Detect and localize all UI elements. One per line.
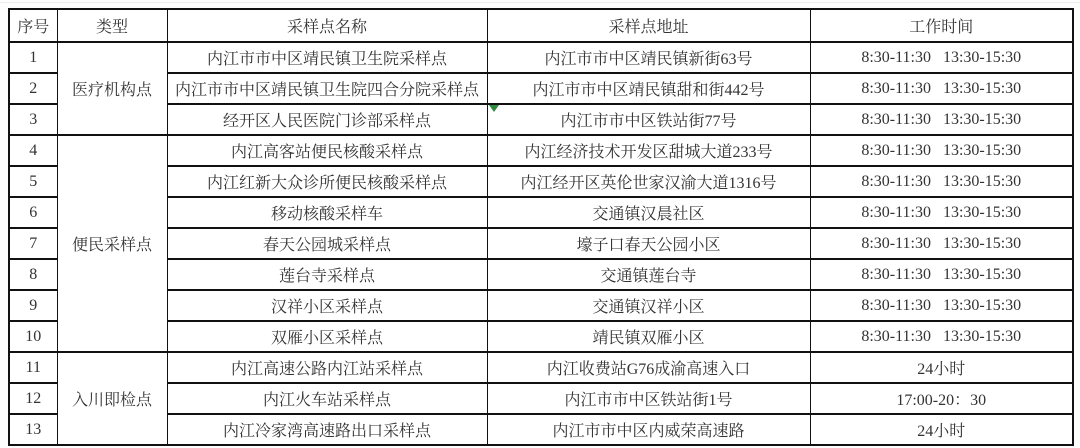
row-number-cell: 5 bbox=[9, 166, 57, 197]
time-cell: 24小时 bbox=[810, 352, 1073, 383]
address-cell: 内江收费站G76成渝高速入口 bbox=[487, 352, 810, 383]
top-divider bbox=[0, 2, 1080, 3]
name-cell: 经开区人民医院门诊部采样点 bbox=[167, 104, 487, 135]
name-cell: 内江高速公路内江站采样点 bbox=[167, 352, 487, 383]
row-number-cell: 13 bbox=[9, 414, 57, 445]
type-cell-medical: 医疗机构点 bbox=[57, 42, 167, 135]
table-row: 8 莲台寺采样点 交通镇莲台寺 8:30-11:30 13:30-15:30 bbox=[9, 259, 1073, 290]
header-address: 采样点地址 bbox=[487, 9, 810, 42]
time-cell: 8:30-11:30 13:30-15:30 bbox=[810, 42, 1073, 73]
row-number-cell: 11 bbox=[9, 352, 57, 383]
time-cell: 8:30-11:30 13:30-15:30 bbox=[810, 197, 1073, 228]
row-number-cell: 9 bbox=[9, 290, 57, 321]
name-cell: 莲台寺采样点 bbox=[167, 259, 487, 290]
table-row: 12 内江火车站采样点 内江市市中区铁站街1号 17:00-20：30 bbox=[9, 383, 1073, 414]
table-row: 1 医疗机构点 内江市市中区靖民镇卫生院采样点 内江市市中区靖民镇新街63号 8… bbox=[9, 42, 1073, 73]
address-cell: 交通镇汉晨社区 bbox=[487, 197, 810, 228]
time-cell: 8:30-11:30 13:30-15:30 bbox=[810, 73, 1073, 104]
row-number-cell: 2 bbox=[9, 73, 57, 104]
time-cell: 8:30-11:30 13:30-15:30 bbox=[810, 290, 1073, 321]
table-row: 7 春天公园城采样点 壕子口春天公园小区 8:30-11:30 13:30-15… bbox=[9, 228, 1073, 259]
time-cell: 8:30-11:30 13:30-15:30 bbox=[810, 135, 1073, 166]
name-cell: 内江市市中区靖民镇卫生院采样点 bbox=[167, 42, 487, 73]
name-cell: 双雁小区采样点 bbox=[167, 321, 487, 352]
name-cell: 内江红新大众诊所便民核酸采样点 bbox=[167, 166, 487, 197]
time-cell: 8:30-11:30 13:30-15:30 bbox=[810, 104, 1073, 135]
table-row: 13 内江冷家湾高速路出口采样点 内江市市中区内威荣高速路 24小时 bbox=[9, 414, 1073, 445]
table-row: 6 移动核酸采样车 交通镇汉晨社区 8:30-11:30 13:30-15:30 bbox=[9, 197, 1073, 228]
table-row: 4 便民采样点 内江高客站便民核酸采样点 内江经济技术开发区甜城大道233号 8… bbox=[9, 135, 1073, 166]
green-corner-marker-icon bbox=[489, 105, 499, 112]
row-number-cell: 10 bbox=[9, 321, 57, 352]
address-cell: 壕子口春天公园小区 bbox=[487, 228, 810, 259]
header-no: 序号 bbox=[9, 9, 57, 42]
address-cell: 内江经开区英伦世家汉渝大道1316号 bbox=[487, 166, 810, 197]
name-cell: 春天公园城采样点 bbox=[167, 228, 487, 259]
header-name: 采样点名称 bbox=[167, 9, 487, 42]
header-hours: 工作时间 bbox=[810, 9, 1073, 42]
address-cell: 交通镇汉祥小区 bbox=[487, 290, 810, 321]
table-row: 9 汉祥小区采样点 交通镇汉祥小区 8:30-11:30 13:30-15:30 bbox=[9, 290, 1073, 321]
table-row: 3 经开区人民医院门诊部采样点 内江市市中区铁站街77号 8:30-11:30 … bbox=[9, 104, 1073, 135]
time-cell: 8:30-11:30 13:30-15:30 bbox=[810, 228, 1073, 259]
name-cell: 汉祥小区采样点 bbox=[167, 290, 487, 321]
time-cell: 8:30-11:30 13:30-15:30 bbox=[810, 166, 1073, 197]
row-number-cell: 12 bbox=[9, 383, 57, 414]
address-cell: 内江市市中区靖民镇甜和街442号 bbox=[487, 73, 810, 104]
row-number-cell: 3 bbox=[9, 104, 57, 135]
row-number-cell: 8 bbox=[9, 259, 57, 290]
name-cell: 移动核酸采样车 bbox=[167, 197, 487, 228]
type-cell-entry-check: 入川即检点 bbox=[57, 352, 167, 445]
time-cell: 8:30-11:30 13:30-15:30 bbox=[810, 321, 1073, 352]
table-row: 5 内江红新大众诊所便民核酸采样点 内江经开区英伦世家汉渝大道1316号 8:3… bbox=[9, 166, 1073, 197]
name-cell: 内江高客站便民核酸采样点 bbox=[167, 135, 487, 166]
row-number-cell: 1 bbox=[9, 42, 57, 73]
name-cell: 内江火车站采样点 bbox=[167, 383, 487, 414]
address-cell: 内江市市中区内威荣高速路 bbox=[487, 414, 810, 445]
sampling-points-table: 序号 类型 采样点名称 采样点地址 工作时间 1 医疗机构点 内江市市中区靖民镇… bbox=[8, 8, 1074, 446]
name-cell: 内江市市中区靖民镇卫生院四合分院采样点 bbox=[167, 73, 487, 104]
address-text: 内江市市中区铁站街77号 bbox=[560, 113, 736, 130]
address-cell: 内江市市中区铁站街77号 bbox=[487, 104, 810, 135]
address-cell: 靖民镇双雁小区 bbox=[487, 321, 810, 352]
time-cell: 17:00-20：30 bbox=[810, 383, 1073, 414]
time-cell: 24小时 bbox=[810, 414, 1073, 445]
row-number-cell: 4 bbox=[9, 135, 57, 166]
name-cell: 内江冷家湾高速路出口采样点 bbox=[167, 414, 487, 445]
table-row: 10 双雁小区采样点 靖民镇双雁小区 8:30-11:30 13:30-15:3… bbox=[9, 321, 1073, 352]
time-cell: 8:30-11:30 13:30-15:30 bbox=[810, 259, 1073, 290]
table-row: 11 入川即检点 内江高速公路内江站采样点 内江收费站G76成渝高速入口 24小… bbox=[9, 352, 1073, 383]
address-cell: 内江经济技术开发区甜城大道233号 bbox=[487, 135, 810, 166]
row-number-cell: 6 bbox=[9, 197, 57, 228]
header-row: 序号 类型 采样点名称 采样点地址 工作时间 bbox=[9, 9, 1073, 42]
header-type: 类型 bbox=[57, 9, 167, 42]
type-cell-convenience: 便民采样点 bbox=[57, 135, 167, 352]
table-row: 2 内江市市中区靖民镇卫生院四合分院采样点 内江市市中区靖民镇甜和街442号 8… bbox=[9, 73, 1073, 104]
row-number-cell: 7 bbox=[9, 228, 57, 259]
address-cell: 内江市市中区靖民镇新街63号 bbox=[487, 42, 810, 73]
address-cell: 内江市市中区铁站街1号 bbox=[487, 383, 810, 414]
address-cell: 交通镇莲台寺 bbox=[487, 259, 810, 290]
